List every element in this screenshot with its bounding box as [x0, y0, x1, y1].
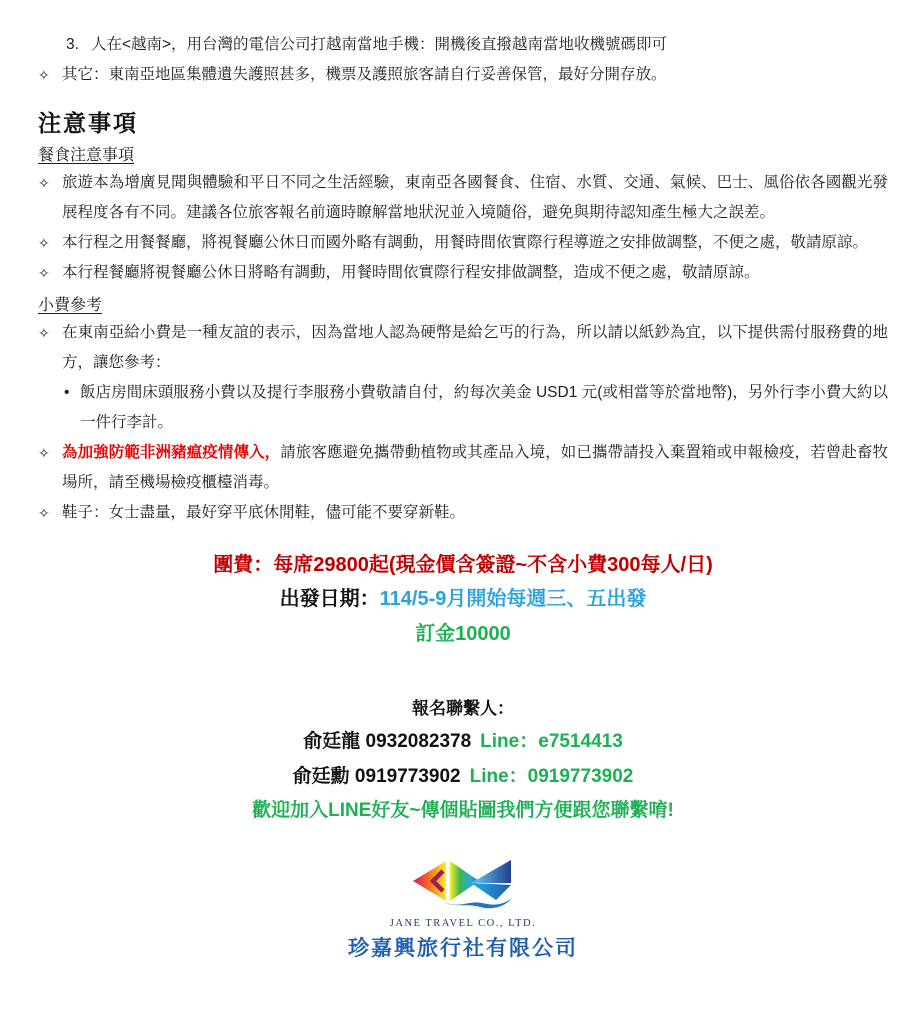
- dot-bullet-icon: •: [64, 378, 69, 408]
- tips-section-heading: 小費參考: [38, 295, 888, 317]
- meal-note-1-text: 旅遊本為增廣見聞與體驗和平日不同之生活經驗，東南亞各國餐食、住宿、水質、交通、氣…: [62, 174, 888, 221]
- contact-person-1: 俞廷龍 0932082378Line：e7514413: [38, 724, 888, 759]
- tips-hotel-tip: • 飯店房間床頭服務小費以及提行李服務小費敬請自付，約每次美金 USD1 元(或…: [64, 378, 888, 438]
- deposit-amount: 訂金10000: [38, 617, 888, 652]
- meal-note-3: ✧ 本行程餐廳將視餐廳公休日將略有調動，用餐時間依實際行程安排做調整，造成不便之…: [38, 258, 888, 288]
- note-item-3-number: 3.: [66, 36, 91, 53]
- pig-warning: ✧ 為加強防範非洲豬瘟疫情傳入，請旅客應避免攜帶動植物或其產品入境，如已攜帶請投…: [38, 438, 888, 498]
- contact-person-2: 俞廷勳 0919773902Line：0919773902: [38, 759, 888, 794]
- note-item-other-text: 其它：東南亞地區集體遺失護照甚多，機票及護照旅客請自行妥善保管，最好分開存放。: [62, 66, 667, 83]
- meal-note-3-text: 本行程餐廳將視餐廳公休日將略有調動，用餐時間依實際行程安排做調整，造成不便之處，…: [62, 264, 760, 281]
- company-name-english: JANE TRAVEL CO., LTD.: [38, 917, 888, 930]
- pricing-block: 團費：每席29800起(現金價含簽證~不含小費300每人/日) 出發日期：114…: [38, 548, 888, 652]
- travel-notice-document: 3.人在<越南>，用台灣的電信公司打越南當地手機：開機後直撥越南當地收機號碼即可…: [0, 0, 906, 1015]
- meal-section-heading: 餐食注意事項: [38, 145, 888, 167]
- line-invite-message: 歡迎加入LINE好友~傳個貼圖我們方便跟您聯繫唷!: [38, 794, 888, 828]
- diamond-bullet-icon: ✧: [38, 498, 50, 528]
- note-item-3: 3.人在<越南>，用台灣的電信公司打越南當地手機：開機後直撥越南當地收機號碼即可: [38, 30, 888, 60]
- meal-note-2-text: 本行程之用餐餐廳，將視餐廳公休日而國外略有調動，用餐時間依實際行程導遊之安排做調…: [62, 234, 868, 251]
- diamond-bullet-icon: ✧: [38, 228, 50, 258]
- tour-fee: 團費：每席29800起(現金價含簽證~不含小費300每人/日): [38, 548, 888, 582]
- departure-date-value: 114/5-9月開始每週三、五出發: [380, 588, 647, 610]
- tips-intro: ✧ 在東南亞給小費是一種友誼的表示，因為當地人認為硬幣是給乞丐的行為，所以請以紙…: [38, 318, 888, 378]
- diamond-bullet-icon: ✧: [38, 60, 50, 90]
- note-item-other: ✧ 其它：東南亞地區集體遺失護照甚多，機票及護照旅客請自行妥善保管，最好分開存放…: [38, 60, 888, 90]
- contact-block: 報名聯繫人： 俞廷龍 0932082378Line：e7514413 俞廷勳 0…: [38, 694, 888, 828]
- diamond-bullet-icon: ✧: [38, 438, 50, 468]
- company-footer: JANE TRAVEL CO., LTD. 珍嘉興旅行社有限公司: [38, 858, 888, 961]
- fish-logo-icon: [411, 858, 515, 910]
- shoes-note: ✧ 鞋子：女士盡量，最好穿平底休閒鞋，儘可能不要穿新鞋。: [38, 498, 888, 528]
- meal-note-2: ✧ 本行程之用餐餐廳，將視餐廳公休日而國外略有調動，用餐時間依實際行程導遊之安排…: [38, 228, 888, 258]
- contact-title: 報名聯繫人：: [38, 694, 888, 724]
- departure-date: 出發日期：114/5-9月開始每週三、五出發: [38, 582, 888, 617]
- note-item-3-text: 人在<越南>，用台灣的電信公司打越南當地手機：開機後直撥越南當地收機號碼即可: [91, 36, 667, 53]
- tips-intro-text: 在東南亞給小費是一種友誼的表示，因為當地人認為硬幣是給乞丐的行為，所以請以紙鈔為…: [62, 324, 888, 371]
- pig-warning-highlight: 為加強防範非洲豬瘟疫情傳入，: [62, 444, 280, 461]
- contact-person-1-line-id: Line：e7514413: [480, 731, 623, 752]
- meal-note-1: ✧ 旅遊本為增廣見聞與體驗和平日不同之生活經驗，東南亞各國餐食、住宿、水質、交通…: [38, 168, 888, 228]
- tips-hotel-tip-text: 飯店房間床頭服務小費以及提行李服務小費敬請自付，約每次美金 USD1 元(或相當…: [80, 384, 888, 431]
- shoes-note-text: 鞋子：女士盡量，最好穿平底休閒鞋，儘可能不要穿新鞋。: [62, 504, 465, 521]
- contact-person-2-line-id: Line：0919773902: [470, 766, 634, 787]
- page-title: 注意事項: [38, 108, 888, 138]
- departure-date-label: 出發日期：: [280, 588, 380, 610]
- company-name-chinese: 珍嘉興旅行社有限公司: [38, 937, 888, 961]
- diamond-bullet-icon: ✧: [38, 318, 50, 348]
- contact-person-1-name-phone: 俞廷龍 0932082378: [303, 731, 471, 752]
- diamond-bullet-icon: ✧: [38, 168, 50, 198]
- diamond-bullet-icon: ✧: [38, 258, 50, 288]
- contact-person-2-name-phone: 俞廷勳 0919773902: [293, 766, 461, 787]
